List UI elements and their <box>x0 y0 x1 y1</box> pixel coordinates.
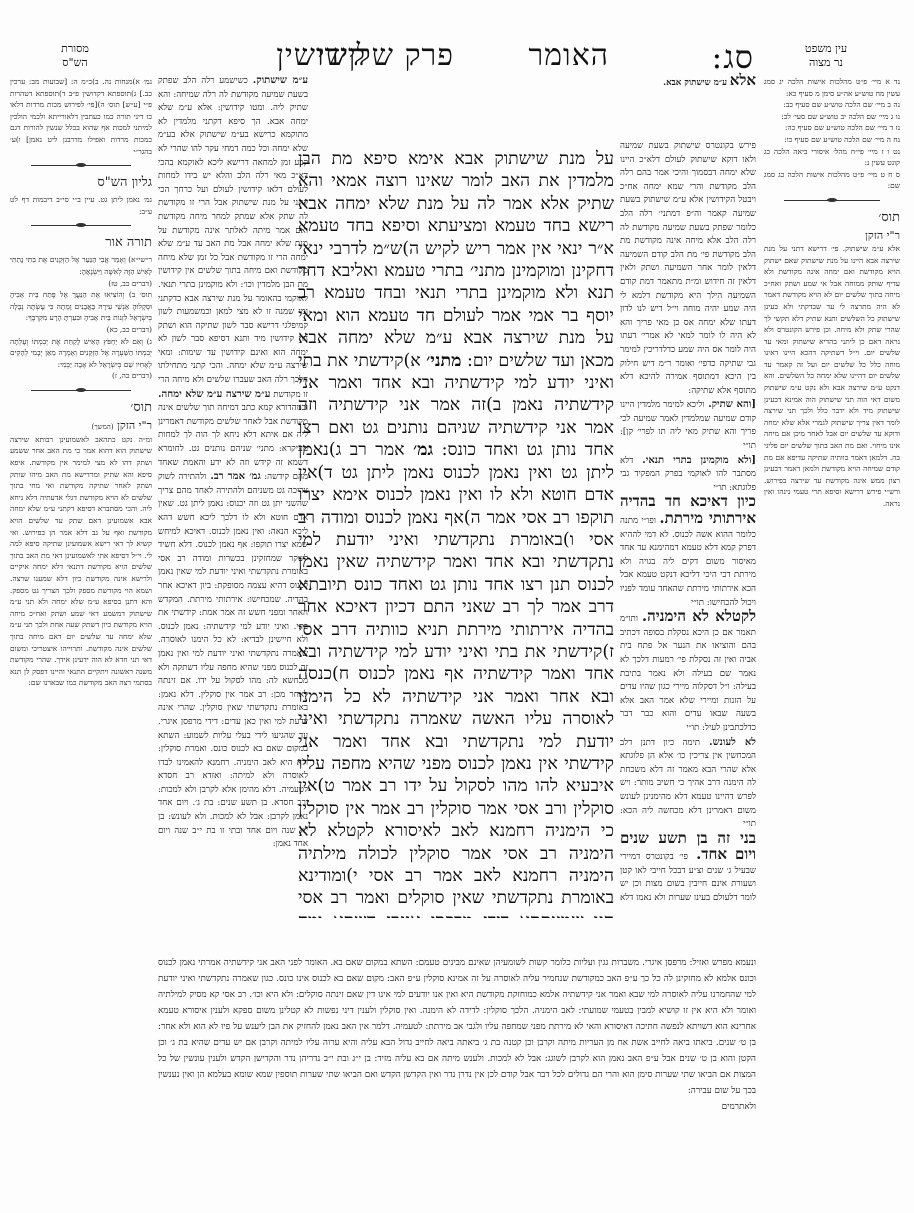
bottom-commentary-text: ונעמא מפרש ואזיל: מרפסן איגרי. משברות גג… <box>158 958 756 1096</box>
ein-mishpat-entry: נה ב מיי׳ שם הלכה טוש״ע שם סעיף כב: <box>764 99 900 111</box>
continued-label: (המשך) <box>92 423 114 431</box>
gemara-text: אמר רב ג)נאמן ליתן גט ואין נאמן לכנוס נא… <box>298 440 614 918</box>
bottom-commentary: ונעמא מפרש ואזיל: מרפסן איגרי. משברות גג… <box>158 955 756 1130</box>
rashi-text: פירש בקונטרס שישתוק בשעת שמיעה ולאו דוקא… <box>620 140 756 398</box>
tosafot-rid-text: אלא ע״מ שישתוק. פי׳ דרישא דתני על מנת שי… <box>764 243 900 510</box>
torah-or-title: תורה אור <box>10 234 152 252</box>
gemara-opening-passage: על מנת שישתוק אבא אימא סיפא מת הבן מלמדי… <box>298 149 614 371</box>
ein-mishpat-entry: ס ח ט מיי׳ פ״ט מהלכות אישות הלכה כג סמג … <box>764 169 900 192</box>
gemara-marker: גמ׳ <box>413 440 433 460</box>
ornament-divider <box>31 225 130 226</box>
ein-mishpat-entry: נד א מיי׳ פ״ט מהלכות אישות הלכה יג סמג ע… <box>764 76 900 99</box>
tractate-title: קידושין <box>276 38 366 73</box>
gilyon-hashas-title: גליון הש"ס <box>10 174 152 192</box>
mishnah-marker: מתני׳ <box>426 351 461 371</box>
verse-reference: (דברים כה, ז) <box>10 370 152 382</box>
torah-or-verse: ר״שי״א) וְאָמַר אֲבִי הַנַּעַר אֶל הַזְּ… <box>10 254 152 289</box>
tosafot-column: ע״מ שישתוק. כשישמע רלה הלב שפתק בשעת שמי… <box>158 74 308 909</box>
hashas-label: הש"ס <box>40 56 110 70</box>
ein-mishpat-entry: נו ג מיי׳ שם הלכה יב טוש״ע שם סעי׳ לב: <box>764 111 900 123</box>
gilyon-hashas-text: גמ׳ נאמן ליתן גט. עיין ב״י סי״ב דיבמות ד… <box>10 194 152 217</box>
ornament-divider <box>31 390 130 391</box>
tosafot-rid-text: ומ״ה נקט כתהאב לאשמועינן רבותא שירצה שיש… <box>10 434 152 689</box>
ein-mishpat-header: עין משפט נר מצוה <box>786 42 866 70</box>
tosafot-rid-title: תוס׳ <box>764 209 900 227</box>
closing-catchword: ולאתרמים <box>158 1099 756 1115</box>
rashi-dibur-hamatchil: ע״מ שישתוק אבא. <box>663 78 727 88</box>
ornament-divider <box>31 165 130 166</box>
perek-name: האומר <box>529 38 609 73</box>
rashi-top-block: אלא ע״מ שישתוק אבא. <box>456 74 756 91</box>
ein-mishpat-entries: נד א מיי׳ פ״ט מהלכות אישות הלכה יג סמג ע… <box>764 76 900 192</box>
ein-mishpat-entry: נז ד מיי׳ שם הלכה טוש״ע שם סעיף כה: <box>764 122 900 134</box>
masoret-label: מסורת <box>40 42 110 56</box>
rashi-opening-word: אלא <box>730 71 756 89</box>
torah-or-verse: ג) וְאִם לֹא יַחְפֹּץ הָאִישׁ לָקַחַת אֶ… <box>10 336 152 382</box>
tosafot-opening-word: ע״מ שישתוק. <box>253 75 308 86</box>
verse-reference: (דברים כב, כא) <box>10 324 152 336</box>
tosafot-rid-subtitle: ר"י הזקן (המשך) <box>10 419 152 434</box>
ein-mishpat-entry: נח ה מיי׳ שם הלכה טוש״ע שם סעיף כו: <box>764 134 900 146</box>
gemara-main-text: על מנת שישתוק אבא אימא סיפא מת הבן מלמדי… <box>298 148 614 918</box>
left-margin-column: גמ׳ א)מנחות נה. ב)כ״מ ה: [שבועות מב: ערכ… <box>10 76 152 689</box>
ein-mishpat-entry: נט ו ז מיי׳ פי״ח מהל׳ איסורי ביאה הלכה כ… <box>764 146 900 169</box>
ornament-divider <box>784 200 879 201</box>
tosafot-text: כשישמע רלה הלב שפתק בשעת שמיעה מקודשת לה… <box>158 76 308 400</box>
masoret-hashas-text: גמ׳ א)מנחות נה. ב)כ״מ ה: [שבועות מב: ערכ… <box>10 76 152 157</box>
right-margin-column: נד א מיי׳ פ״ט מהלכות אישות הלכה יג סמג ע… <box>764 76 900 510</box>
rashi-heading-lekatla: לקטלא לא הימניה. <box>642 607 756 625</box>
verse-reference: (דברים כב, טז) <box>10 278 152 290</box>
ein-mishpat-label: עין משפט <box>786 42 866 56</box>
tosafot-rid-subtitle: ר"י הזקן <box>764 229 900 243</box>
masoret-hashas-header: מסורת הש"ס <box>40 42 110 70</box>
rashi-column: פירש בקונטרס שישתוק בשעת שמיעה ולאו דוקא… <box>620 140 756 900</box>
tosafot-rid-title: תוס׳ <box>10 399 152 417</box>
torah-or-verse: תוס׳ ב) וְהוֹצִיאוּ אֶת הַנַּעֲרָ אֶל פֶ… <box>10 289 152 335</box>
ner-mitzvah-label: נר מצוה <box>786 56 866 70</box>
